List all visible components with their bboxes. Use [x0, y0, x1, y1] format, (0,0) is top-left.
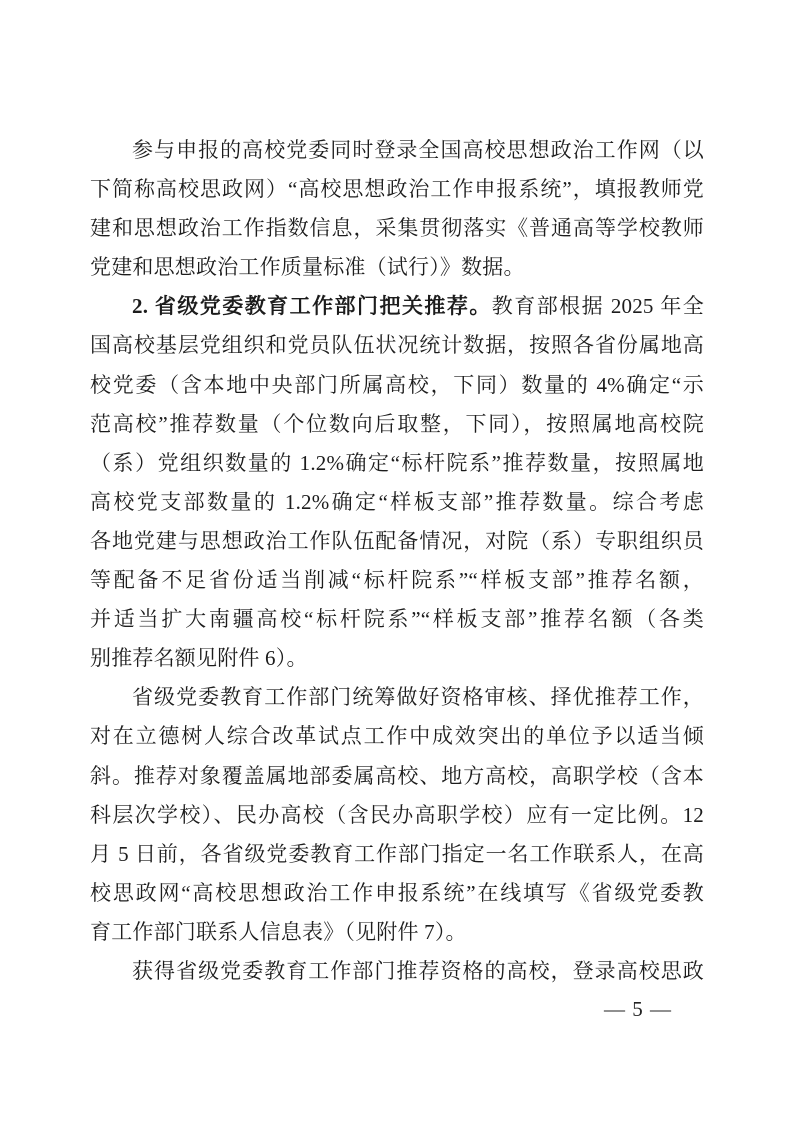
- text-line: 范高校”推荐数量（个位数向后取整，下同），按照属地高校院: [90, 405, 704, 444]
- text-line: 等配备不足省份适当削减“标杆院系”“样板支部”推荐名额，: [90, 561, 704, 600]
- body-text: 范高校”推荐数量（个位数向后取整，下同），按照属地高校院: [90, 412, 704, 436]
- body-text: 对在立德树人综合改革试点工作中成效突出的单位予以适当倾: [90, 724, 704, 748]
- body-text: 校思政网“高校思想政治工作申报系统”在线填写《省级党委教: [90, 881, 704, 905]
- text-line: 国高校基层党组织和党员队伍状况统计数据，按照各省份属地高: [90, 326, 704, 365]
- paragraph-3: 省级党委教育工作部门统筹做好资格审核、择优推荐工作，对在立德树人综合改革试点工作…: [90, 678, 704, 952]
- body-text: 并适当扩大南疆高校“标杆院系”“样板支部”推荐名额（各类: [90, 607, 704, 631]
- page-number: — 5 —: [0, 995, 672, 1023]
- text-line: 党建和思想政治工作质量标准（试行）》数据。: [90, 248, 704, 287]
- text-line: 校党委（含本地中央部门所属高校，下同）数量的 4%确定“示: [90, 366, 704, 405]
- body-text: 高校党支部数量的 1.2%确定“样板支部”推荐数量。综合考虑: [90, 490, 704, 514]
- text-line: （系）党组织数量的 1.2%确定“标杆院系”推荐数量，按照属地: [90, 444, 704, 483]
- text-line: 育工作部门联系人信息表》（见附件 7）。: [90, 913, 704, 952]
- body-text: 校党委（含本地中央部门所属高校，下同）数量的 4%确定“示: [90, 373, 704, 397]
- paragraph-1: 参与申报的高校党委同时登录全国高校思想政治工作网（以下简称高校思政网）“高校思想…: [90, 131, 704, 287]
- document-page: 参与申报的高校党委同时登录全国高校思想政治工作网（以下简称高校思政网）“高校思想…: [0, 0, 794, 1122]
- body-text: 党建和思想政治工作质量标准（试行）》数据。: [90, 255, 525, 279]
- body-text: 参与申报的高校党委同时登录全国高校思想政治工作网（以: [132, 138, 704, 162]
- body-text: 省级党委教育工作部门统筹做好资格审核、择优推荐工作，: [132, 685, 704, 709]
- body-text: 获得省级党委教育工作部门推荐资格的高校，登录高校思政: [132, 959, 704, 983]
- bold-heading-text: 2. 省级党委教育工作部门把关推荐。: [132, 294, 492, 318]
- paragraph-2: 2. 省级党委教育工作部门把关推荐。教育部根据 2025 年全国高校基层党组织和…: [90, 287, 704, 678]
- text-line: 参与申报的高校党委同时登录全国高校思想政治工作网（以: [90, 131, 704, 170]
- body-text: （系）党组织数量的 1.2%确定“标杆院系”推荐数量，按照属地: [90, 451, 704, 475]
- body-text: 育工作部门联系人信息表》（见附件 7）。: [90, 920, 467, 944]
- text-line: 建和思想政治工作指数信息，采集贯彻落实《普通高等学校教师: [90, 209, 704, 248]
- text-line: 下简称高校思政网）“高校思想政治工作申报系统”，填报教师党: [90, 170, 704, 209]
- text-line: 2. 省级党委教育工作部门把关推荐。教育部根据 2025 年全: [90, 287, 704, 326]
- text-line: 并适当扩大南疆高校“标杆院系”“样板支部”推荐名额（各类: [90, 600, 704, 639]
- body-text: 国高校基层党组织和党员队伍状况统计数据，按照各省份属地高: [90, 333, 704, 357]
- text-line: 获得省级党委教育工作部门推荐资格的高校，登录高校思政: [90, 952, 704, 991]
- text-line: 月 5 日前，各省级党委教育工作部门指定一名工作联系人，在高: [90, 835, 704, 874]
- paragraph-4: 获得省级党委教育工作部门推荐资格的高校，登录高校思政: [90, 952, 704, 991]
- body-text: 科层次学校）、民办高校（含民办高职学校）应有一定比例。12: [90, 803, 704, 827]
- text-line: 省级党委教育工作部门统筹做好资格审核、择优推荐工作，: [90, 678, 704, 717]
- body-text: 各地党建与思想政治工作队伍配备情况，对院（系）专职组织员: [90, 529, 704, 553]
- body-text: 斜。推荐对象覆盖属地部委属高校、地方高校，高职学校（含本: [90, 764, 704, 788]
- text-line: 高校党支部数量的 1.2%确定“样板支部”推荐数量。综合考虑: [90, 483, 704, 522]
- text-line: 对在立德树人综合改革试点工作中成效突出的单位予以适当倾: [90, 717, 704, 756]
- text-line: 别推荐名额见附件 6）。: [90, 639, 704, 678]
- text-line: 科层次学校）、民办高校（含民办高职学校）应有一定比例。12: [90, 796, 704, 835]
- body-text: 别推荐名额见附件 6）。: [90, 646, 308, 670]
- text-line: 斜。推荐对象覆盖属地部委属高校、地方高校，高职学校（含本: [90, 757, 704, 796]
- document-body: 参与申报的高校党委同时登录全国高校思想政治工作网（以下简称高校思政网）“高校思想…: [90, 131, 704, 991]
- body-text: 等配备不足省份适当削减“标杆院系”“样板支部”推荐名额，: [90, 568, 704, 592]
- text-line: 各地党建与思想政治工作队伍配备情况，对院（系）专职组织员: [90, 522, 704, 561]
- body-text: 建和思想政治工作指数信息，采集贯彻落实《普通高等学校教师: [90, 216, 704, 240]
- text-line: 校思政网“高校思想政治工作申报系统”在线填写《省级党委教: [90, 874, 704, 913]
- body-text: 下简称高校思政网）“高校思想政治工作申报系统”，填报教师党: [90, 177, 704, 201]
- body-text: 月 5 日前，各省级党委教育工作部门指定一名工作联系人，在高: [90, 842, 704, 866]
- body-text: 教育部根据 2025 年全: [492, 294, 704, 318]
